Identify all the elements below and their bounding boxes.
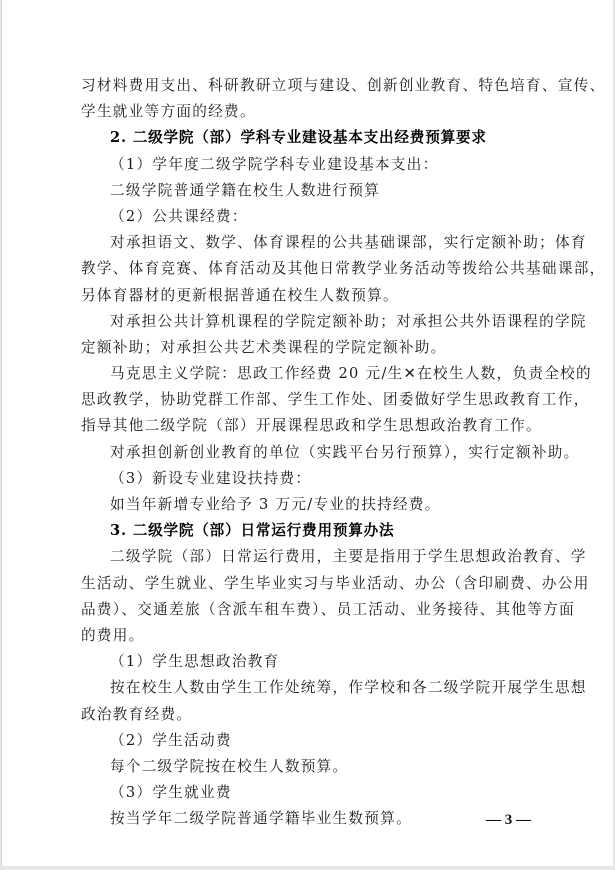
text-line: 按在校生人数由学生工作处统筹，作学校和各二级学院开展学生思想 <box>81 675 541 701</box>
subsection-label: （3）学生就业费 <box>81 780 541 806</box>
section-heading-3: 3. 二级学院（部）日常运行费用预算办法 <box>81 518 541 544</box>
document-page: 习材料费用支出、科研教研立项与建设、创新创业教育、特色培育、宣传、 学生就业等方… <box>1 0 613 866</box>
text-line: 指导其他二级学院（部）开展课程思政和学生思想政治教育工作。 <box>81 413 541 439</box>
text-line: 教学、体育竞赛、体育活动及其他日常教学业务活动等拨给公共基础课部， <box>81 256 541 282</box>
text-line: 品费）、交通差旅（含派车租车费）、员工活动、业务接待、其他等方面 <box>81 597 541 623</box>
text-line: 生活动、学生就业、学生毕业实习与毕业活动、办公（含印刷费、办公用 <box>81 571 541 597</box>
text-line: 按当学年二级学院普通学籍毕业生数预算。 <box>81 806 541 832</box>
text-line: 二级学院普通学籍在校生人数进行预算 <box>81 178 541 204</box>
text-line: 学生就业等方面的经费。 <box>81 99 541 125</box>
text-line: 二级学院（部）日常运行费用，主要是指用于学生思想政治教育、学 <box>81 544 541 570</box>
subsection-label: （2）学生活动费 <box>81 728 541 754</box>
text-line: 定额补助；对承担公共艺术类课程的学院定额补助。 <box>81 335 541 361</box>
text-line: 习材料费用支出、科研教研立项与建设、创新创业教育、特色培育、宣传、 <box>81 73 541 99</box>
text-line: 对承担公共计算机课程的学院定额补助；对承担公共外语课程的学院 <box>81 309 541 335</box>
section-heading-2: 2. 二级学院（部）学科专业建设基本支出经费预算要求 <box>81 125 541 151</box>
subsection-label: （2）公共课经费： <box>81 204 541 230</box>
text-line: 思政教学，协助党群工作部、学生工作处、团委做好学生思政教育工作， <box>81 387 541 413</box>
text-line: 如当年新增专业给予 3 万元/专业的扶持经费。 <box>81 492 541 518</box>
text-line: 马克思主义学院：思政工作经费 20 元/生✕在校生人数，负责全校的 <box>81 361 541 387</box>
text-line: 的费用。 <box>81 623 541 649</box>
subsection-label: （1）学生思想政治教育 <box>81 649 541 675</box>
document-body: 习材料费用支出、科研教研立项与建设、创新创业教育、特色培育、宣传、 学生就业等方… <box>81 73 541 832</box>
text-line: 对承担创新创业教育的单位（实践平台另行预算），实行定额补助。 <box>81 440 541 466</box>
text-line: 政治教育经费。 <box>81 702 541 728</box>
text-line: 对承担语文、数学、体育课程的公共基础课部，实行定额补助；体育 <box>81 230 541 256</box>
text-line: 每个二级学院按在校生人数预算。 <box>81 754 541 780</box>
subsection-label: （3）新设专业建设扶持费： <box>81 466 541 492</box>
text-line: 另体育器材的更新根据普通在校生人数预算。 <box>81 283 541 309</box>
page-number: — 3 — <box>486 812 531 829</box>
subsection-label: （1）学年度二级学院学科专业建设基本支出： <box>81 152 541 178</box>
